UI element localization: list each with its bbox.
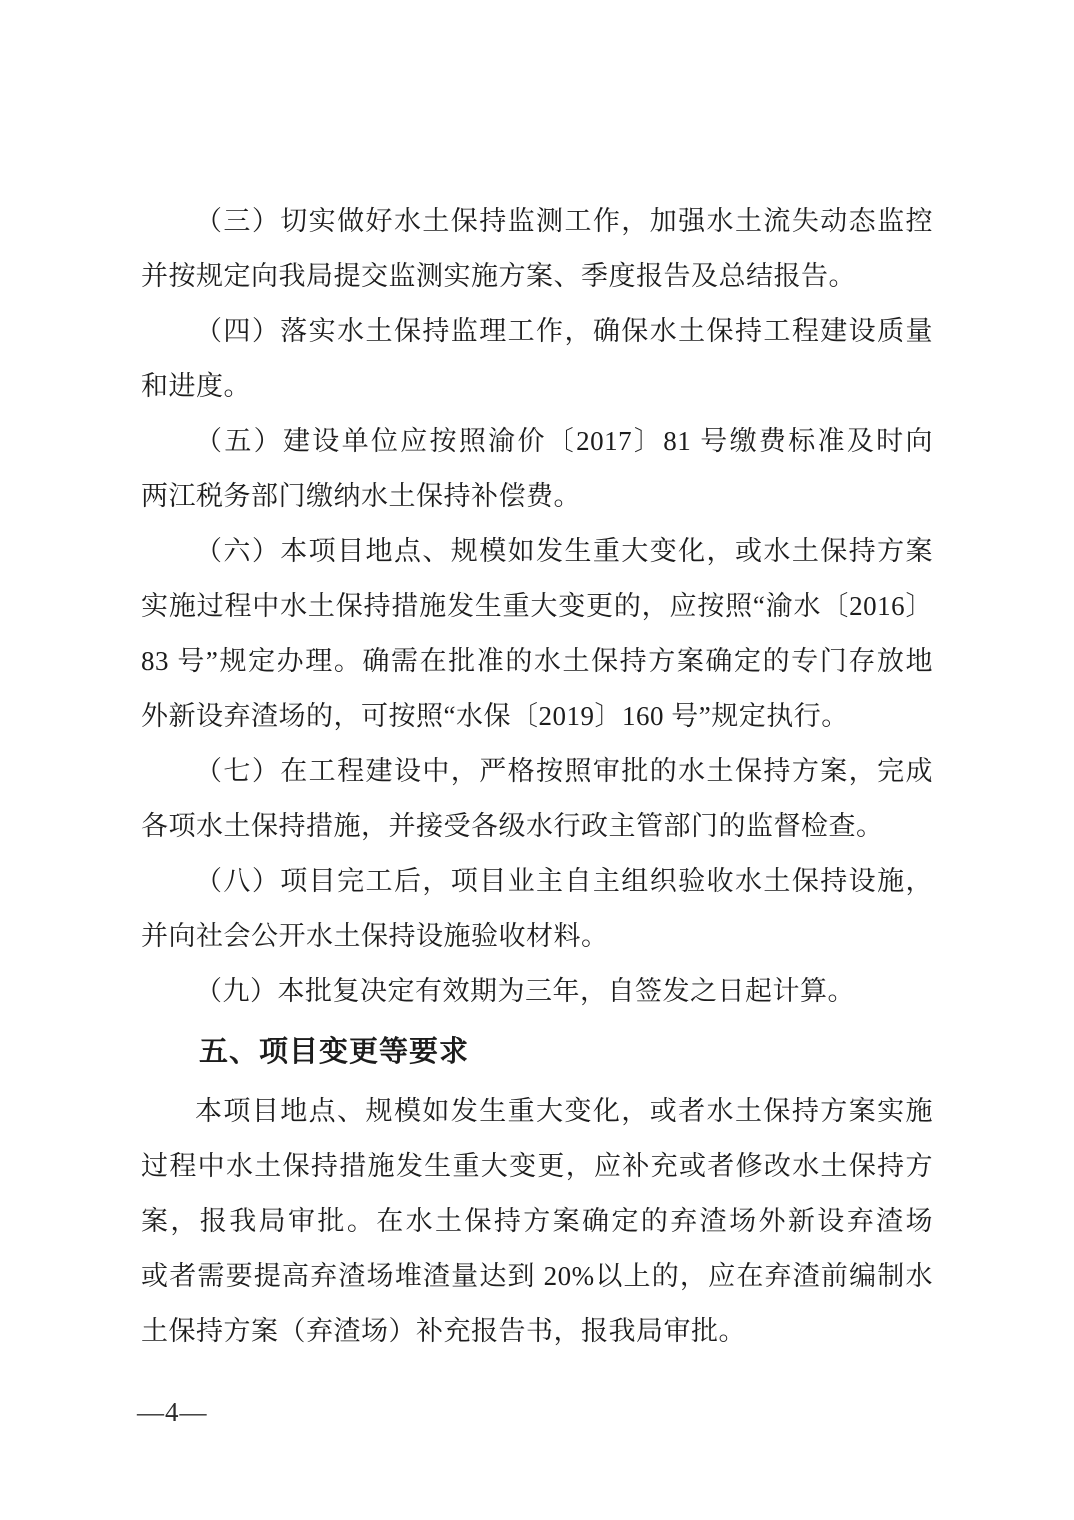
text-line: 并向社会公开水土保持设施验收材料。	[141, 909, 933, 964]
text-line: 83 号”规定办理。确需在批准的水土保持方案确定的专门存放地	[141, 634, 933, 689]
text-line: （九）本批复决定有效期为三年，自签发之日起计算。	[141, 964, 933, 1019]
item-9-paragraph: （九）本批复决定有效期为三年，自签发之日起计算。	[141, 964, 933, 1019]
text-line: （八）项目完工后，项目业主自主组织验收水土保持设施，	[141, 854, 933, 909]
item-6-paragraph: （六）本项目地点、规模如发生重大变化，或水土保持方案实施过程中水土保持措施发生重…	[141, 524, 933, 744]
heading-line: 五、项目变更等要求	[141, 1025, 933, 1080]
text-line: （七）在工程建设中，严格按照审批的水土保持方案，完成	[141, 744, 933, 799]
text-line: 实施过程中水土保持措施发生重大变更的，应按照“渝水〔2016〕	[141, 579, 933, 634]
section-5-heading: 五、项目变更等要求	[141, 1025, 933, 1080]
page-number: —4—	[137, 1392, 208, 1432]
item-3-paragraph: （三）切实做好水土保持监测工作，加强水土流失动态监控并按规定向我局提交监测实施方…	[141, 194, 933, 304]
text-line: 案，报我局审批。在水土保持方案确定的弃渣场外新设弃渣场的，	[141, 1194, 933, 1249]
text-line: （六）本项目地点、规模如发生重大变化，或水土保持方案	[141, 524, 933, 579]
text-line: 两江税务部门缴纳水土保持补偿费。	[141, 469, 933, 524]
text-line: 各项水土保持措施，并接受各级水行政主管部门的监督检查。	[141, 799, 933, 854]
text-line: （五）建设单位应按照渝价〔2017〕81 号缴费标准及时向	[141, 414, 933, 469]
text-line: （三）切实做好水土保持监测工作，加强水土流失动态监控	[141, 194, 933, 249]
document-body: （三）切实做好水土保持监测工作，加强水土流失动态监控并按规定向我局提交监测实施方…	[141, 194, 933, 1359]
text-line: 过程中水土保持措施发生重大变更，应补充或者修改水土保持方	[141, 1139, 933, 1194]
item-5-paragraph: （五）建设单位应按照渝价〔2017〕81 号缴费标准及时向两江税务部门缴纳水土保…	[141, 414, 933, 524]
text-line: 本项目地点、规模如发生重大变化，或者水土保持方案实施	[141, 1084, 933, 1139]
text-line: （四）落实水土保持监理工作，确保水土保持工程建设质量	[141, 304, 933, 359]
text-line: 土保持方案（弃渣场）补充报告书，报我局审批。	[141, 1304, 933, 1359]
item-4-paragraph: （四）落实水土保持监理工作，确保水土保持工程建设质量和进度。	[141, 304, 933, 414]
text-line: 并按规定向我局提交监测实施方案、季度报告及总结报告。	[141, 249, 933, 304]
text-line: 和进度。	[141, 359, 933, 414]
document-page: （三）切实做好水土保持监测工作，加强水土流失动态监控并按规定向我局提交监测实施方…	[0, 0, 1074, 1520]
text-line: 外新设弃渣场的，可按照“水保〔2019〕160 号”规定执行。	[141, 689, 933, 744]
item-7-paragraph: （七）在工程建设中，严格按照审批的水土保持方案，完成各项水土保持措施，并接受各级…	[141, 744, 933, 854]
item-8-paragraph: （八）项目完工后，项目业主自主组织验收水土保持设施，并向社会公开水土保持设施验收…	[141, 854, 933, 964]
section-5-paragraph: 本项目地点、规模如发生重大变化，或者水土保持方案实施过程中水土保持措施发生重大变…	[141, 1084, 933, 1359]
text-line: 或者需要提高弃渣场堆渣量达到 20%以上的，应在弃渣前编制水	[141, 1249, 933, 1304]
